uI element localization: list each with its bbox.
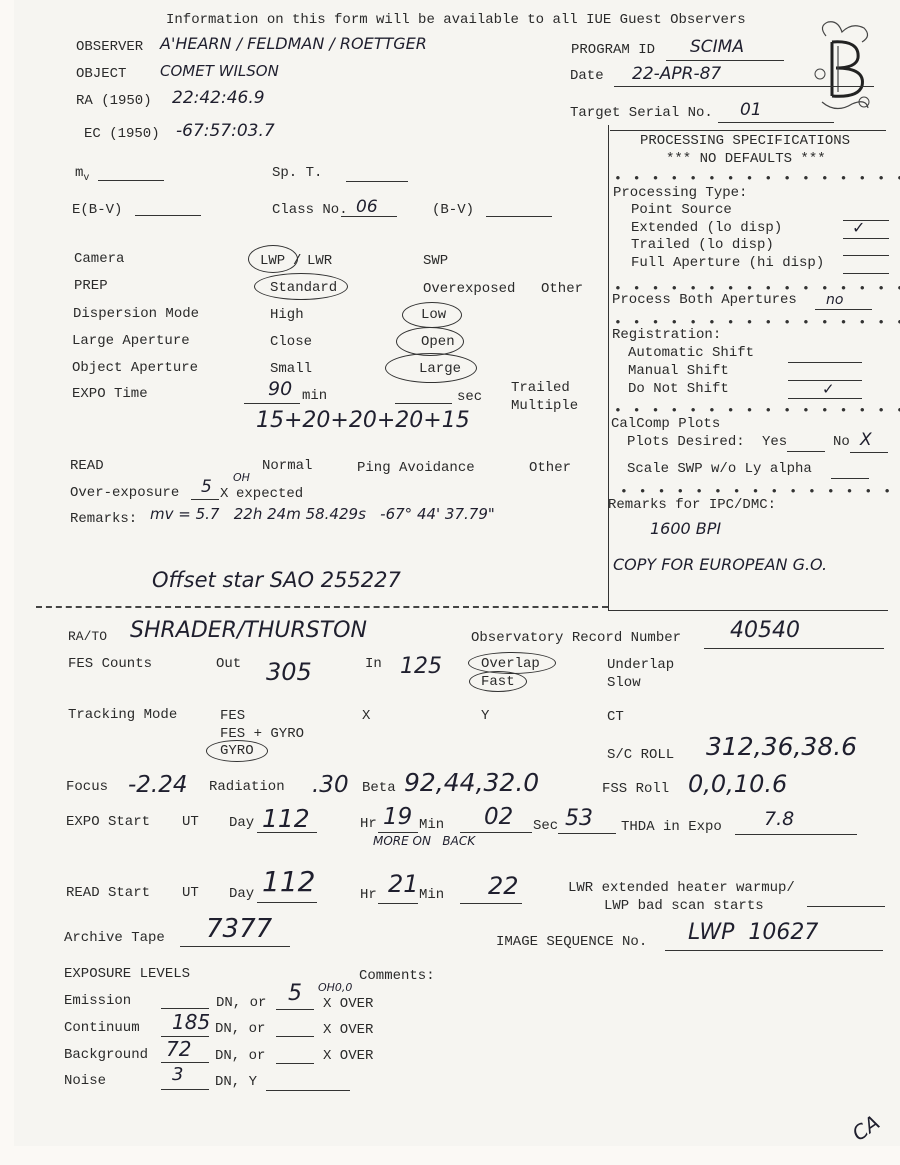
emission-over-line bbox=[276, 1009, 314, 1010]
read-option-other[interactable]: Other bbox=[529, 461, 571, 475]
full-aperture-line bbox=[843, 273, 889, 274]
ipc-remarks-line1[interactable]: 1600 BPI bbox=[650, 521, 721, 537]
tracking-mode-label: Tracking Mode bbox=[68, 708, 177, 722]
read-start-hr-label: Hr bbox=[360, 888, 377, 902]
tracking-x-label: X bbox=[362, 709, 370, 723]
fes-in-value[interactable]: 125 bbox=[400, 656, 442, 678]
exposure-comments-label: Comments: bbox=[359, 969, 435, 983]
processing-box-bottom bbox=[608, 610, 888, 611]
record-number-label: Observatory Record Number bbox=[471, 631, 681, 645]
multiple-label: Multiple bbox=[511, 399, 578, 413]
read-start-hr-line bbox=[378, 903, 418, 904]
noise-dn-y: DN, Y bbox=[215, 1075, 257, 1089]
radiation-value[interactable]: .30 bbox=[312, 774, 349, 797]
continuum-over-line[interactable] bbox=[276, 1036, 314, 1037]
emission-dn-line[interactable] bbox=[161, 1008, 209, 1009]
do-not-shift-check-icon[interactable]: ✓ bbox=[822, 382, 835, 397]
background-dn-line bbox=[161, 1062, 209, 1063]
class-no-line bbox=[341, 216, 397, 217]
section-divider bbox=[36, 606, 608, 608]
read-start-day-value[interactable]: 112 bbox=[262, 868, 315, 896]
read-option-normal[interactable]: Normal bbox=[262, 459, 312, 473]
program-id-label: PROGRAM ID bbox=[571, 43, 655, 57]
tracking-option-fes-gyro[interactable]: FES + GYRO bbox=[220, 727, 304, 741]
lwr-heater-line1: LWR extended heater warmup/ bbox=[568, 881, 795, 895]
camera-separator: / bbox=[293, 254, 301, 268]
expo-start-note: MORE ON BACK bbox=[373, 835, 475, 847]
fes-counts-label: FES Counts bbox=[68, 657, 152, 671]
camera-option-swp[interactable]: SWP bbox=[423, 254, 448, 268]
prep-selected-circle bbox=[254, 273, 348, 300]
both-apertures-value[interactable]: no bbox=[826, 293, 843, 307]
continuum-x-over: X OVER bbox=[323, 1023, 373, 1037]
read-start-min-value[interactable]: 22 bbox=[488, 874, 519, 898]
dec-value[interactable]: -67:57:03.7 bbox=[176, 123, 275, 140]
read-start-min-label: Min bbox=[419, 888, 444, 902]
mv-label: mv bbox=[75, 166, 89, 184]
dispersion-selected-circle bbox=[402, 302, 462, 328]
expo-start-day-line bbox=[257, 832, 317, 833]
fes-out-label: Out bbox=[216, 657, 241, 671]
processing-type-full-aperture[interactable]: Full Aperture (hi disp) bbox=[631, 256, 824, 270]
expo-time-sec-label: sec bbox=[457, 390, 482, 404]
camera-label: Camera bbox=[74, 252, 124, 266]
read-start-min-line bbox=[460, 903, 522, 904]
processing-type-label: Processing Type: bbox=[613, 186, 747, 200]
processing-box-top bbox=[610, 130, 886, 131]
large-aperture-option-close[interactable]: Close bbox=[270, 335, 312, 349]
overexposure-expected: expected bbox=[236, 487, 303, 501]
noise-dn-line bbox=[161, 1089, 209, 1090]
emission-over-value[interactable]: 5 bbox=[288, 983, 302, 1005]
plots-yes-line bbox=[787, 451, 825, 452]
beta-value[interactable]: 92,44,32.0 bbox=[404, 770, 539, 795]
noise-y-line[interactable] bbox=[266, 1090, 350, 1091]
beta-label: Beta bbox=[362, 781, 396, 795]
expo-start-min-label: Min bbox=[419, 818, 444, 832]
program-id-line bbox=[666, 60, 784, 61]
read-start-day-line bbox=[257, 902, 317, 903]
bv-label: (B-V) bbox=[432, 203, 474, 217]
both-apertures-line bbox=[815, 309, 872, 310]
fss-roll-label: FSS Roll bbox=[602, 782, 669, 796]
overexposure-note: OH bbox=[233, 472, 250, 483]
expo-start-day-value[interactable]: 112 bbox=[262, 806, 310, 831]
registration-do-not-shift[interactable]: Do Not Shift bbox=[628, 382, 729, 396]
observer-label: OBSERVER bbox=[76, 40, 143, 54]
read-start-day-label: Day bbox=[229, 887, 254, 901]
emission-label: Emission bbox=[64, 994, 131, 1008]
ipc-remarks-line2[interactable]: COPY FOR EUROPEAN G.O. bbox=[613, 557, 827, 573]
both-apertures-label: Process Both Apertures bbox=[612, 293, 797, 307]
background-dn-value[interactable]: 72 bbox=[166, 1039, 191, 1059]
processing-title: PROCESSING SPECIFICATIONS bbox=[640, 134, 850, 148]
background-x-over: X OVER bbox=[323, 1049, 373, 1063]
overexposure-line bbox=[191, 499, 219, 500]
fes-in-label: In bbox=[365, 657, 382, 671]
tracking-y-label: Y bbox=[481, 709, 489, 723]
registration-manual[interactable]: Manual Shift bbox=[628, 364, 729, 378]
focus-value[interactable]: -2.24 bbox=[128, 774, 188, 797]
class-no-value[interactable]: 06 bbox=[356, 199, 378, 216]
archive-tape-label: Archive Tape bbox=[64, 931, 165, 945]
thda-value[interactable]: 7.8 bbox=[764, 810, 794, 829]
decorative-b-logo-icon bbox=[812, 16, 876, 116]
lwr-heater-line2: LWP bad scan starts bbox=[604, 899, 764, 913]
sp-t-line[interactable] bbox=[346, 181, 408, 182]
expo-start-hr-label: Hr bbox=[360, 817, 377, 831]
expo-start-hr-line bbox=[378, 832, 418, 833]
bv-line[interactable] bbox=[486, 216, 552, 217]
sc-roll-label: S/C ROLL bbox=[607, 748, 674, 762]
expo-time-sec-line[interactable] bbox=[395, 403, 452, 404]
read-option-ping-avoidance[interactable]: Ping Avoidance bbox=[357, 461, 475, 475]
remarks-value[interactable]: mv = 5.7 22h 24m 58.429s -67° 44' 37.79" bbox=[150, 507, 495, 522]
image-sequence-label: IMAGE SEQUENCE No. bbox=[496, 935, 647, 949]
processing-type-point-source[interactable]: Point Source bbox=[631, 203, 732, 217]
read-label: READ bbox=[70, 459, 104, 473]
thda-line bbox=[735, 834, 857, 835]
lwr-heater-line[interactable] bbox=[807, 906, 885, 907]
remarks-label: Remarks: bbox=[70, 512, 137, 526]
prep-option-overexposed[interactable]: Overexposed bbox=[423, 282, 515, 296]
radiation-label: Radiation bbox=[209, 780, 285, 794]
fes-option-slow[interactable]: Slow bbox=[607, 676, 641, 690]
emission-x-over: X OVER bbox=[323, 997, 373, 1011]
background-dn-or: DN, or bbox=[215, 1049, 265, 1063]
image-sequence-line bbox=[665, 950, 883, 951]
program-id-value[interactable]: SCIMA bbox=[690, 39, 744, 56]
fast-selected-circle bbox=[469, 671, 527, 692]
calcomp-label: CalComp Plots bbox=[611, 417, 720, 431]
scale-swp-label: Scale SWP w/o Ly alpha bbox=[627, 462, 812, 476]
expo-start-min-line bbox=[460, 832, 532, 833]
processing-type-extended[interactable]: Extended (lo disp) bbox=[631, 221, 782, 235]
offset-star-note: Offset star SAO 255227 bbox=[152, 570, 401, 591]
noise-dn-value[interactable]: 3 bbox=[172, 1066, 183, 1084]
observer-value[interactable]: A'HEARN / FELDMAN / ROETTGER bbox=[160, 36, 427, 52]
overexposure-label: Over-exposure bbox=[70, 486, 179, 500]
processing-box-left bbox=[608, 125, 609, 611]
prep-option-other[interactable]: Other bbox=[541, 282, 583, 296]
plots-no-line bbox=[850, 452, 888, 453]
divider-dots: •••••••••••••••••••• bbox=[614, 172, 900, 185]
dec-label: EC (1950) bbox=[84, 127, 160, 141]
trailed-label: Trailed bbox=[511, 381, 570, 395]
record-number-line bbox=[704, 648, 884, 649]
thda-label: THDA in Expo bbox=[621, 820, 722, 834]
expo-start-label: EXPO Start bbox=[66, 815, 150, 829]
continuum-label: Continuum bbox=[64, 1021, 140, 1035]
trailed-line bbox=[843, 255, 889, 256]
ebv-line[interactable] bbox=[135, 215, 201, 216]
archive-tape-value[interactable]: 7377 bbox=[206, 916, 272, 942]
expo-time-min-line bbox=[244, 403, 300, 404]
camera-option-lwr[interactable]: LWR bbox=[307, 254, 332, 268]
expo-start-ut: UT bbox=[182, 815, 199, 829]
camera-selected-circle bbox=[248, 245, 298, 273]
expo-time-min-label: min bbox=[302, 389, 327, 403]
plots-desired-label: Plots Desired: bbox=[627, 435, 745, 449]
overlap-selected-circle bbox=[468, 652, 556, 674]
read-start-label: READ Start bbox=[66, 886, 150, 900]
overexposure-x: X bbox=[220, 487, 228, 501]
noise-label: Noise bbox=[64, 1074, 106, 1088]
form-notice: Information on this form will be availab… bbox=[166, 13, 746, 27]
emission-note: OH0,0 bbox=[318, 982, 352, 993]
ra-to-value[interactable]: SHRADER/THURSTON bbox=[130, 620, 367, 642]
object-label: OBJECT bbox=[76, 67, 126, 81]
extended-check-icon[interactable]: ✓ bbox=[852, 220, 865, 236]
fes-out-value[interactable]: 305 bbox=[266, 660, 312, 684]
object-aperture-selected-circle bbox=[385, 353, 477, 383]
emission-dn-or: DN, or bbox=[216, 996, 266, 1010]
read-start-hr-value[interactable]: 21 bbox=[388, 872, 419, 896]
sp-t-label: Sp. T. bbox=[272, 166, 322, 180]
dispersion-label: Dispersion Mode bbox=[73, 307, 199, 321]
prep-label: PREP bbox=[74, 279, 108, 293]
focus-label: Focus bbox=[66, 780, 108, 794]
ra-label: RA (1950) bbox=[76, 94, 152, 108]
expo-start-hr-value[interactable]: 19 bbox=[383, 806, 412, 829]
processing-subtitle: *** NO DEFAULTS *** bbox=[666, 152, 826, 166]
ra-value[interactable]: 22:42:46.9 bbox=[172, 90, 265, 107]
automatic-line bbox=[788, 362, 862, 363]
expo-time-min-value[interactable]: 90 bbox=[268, 380, 292, 399]
large-aperture-selected-circle bbox=[396, 327, 464, 356]
sc-roll-value[interactable]: 312,36,38.6 bbox=[706, 734, 857, 759]
plots-no-label[interactable]: No bbox=[833, 435, 850, 449]
registration-automatic[interactable]: Automatic Shift bbox=[628, 346, 754, 360]
continuum-dn-value[interactable]: 185 bbox=[172, 1012, 210, 1032]
expo-start-min-value[interactable]: 02 bbox=[484, 806, 513, 829]
object-value[interactable]: COMET WILSON bbox=[160, 64, 279, 79]
gyro-selected-circle bbox=[206, 740, 268, 762]
large-aperture-label: Large Aperture bbox=[72, 334, 190, 348]
tracking-ct-label: CT bbox=[607, 710, 624, 724]
registration-label: Registration: bbox=[612, 328, 721, 342]
date-label: Date bbox=[570, 69, 604, 83]
read-start-ut: UT bbox=[182, 886, 199, 900]
scale-swp-line[interactable] bbox=[831, 478, 869, 479]
ipc-remarks-label: Remarks for IPC/DMC: bbox=[608, 498, 776, 512]
target-serial-value[interactable]: 01 bbox=[740, 102, 762, 119]
expo-start-sec-value[interactable]: 53 bbox=[565, 808, 593, 830]
expo-time-label: EXPO Time bbox=[72, 387, 148, 401]
do-not-shift-line bbox=[788, 398, 862, 399]
image-sequence-value[interactable]: LWP 10627 bbox=[688, 922, 818, 944]
object-aperture-label: Object Aperture bbox=[72, 361, 198, 375]
tracking-option-fes[interactable]: FES bbox=[220, 709, 245, 723]
record-number-value[interactable]: 40540 bbox=[730, 620, 800, 642]
extended-line bbox=[843, 238, 889, 239]
fes-option-underlap[interactable]: Underlap bbox=[607, 658, 674, 672]
target-serial-label: Target Serial No. bbox=[570, 106, 713, 120]
plots-no-mark[interactable]: X bbox=[860, 432, 872, 449]
archive-tape-line bbox=[180, 946, 290, 947]
processing-type-trailed[interactable]: Trailed (lo disp) bbox=[631, 238, 774, 252]
plots-yes-label[interactable]: Yes bbox=[762, 435, 787, 449]
point-source-line bbox=[843, 220, 889, 221]
fss-roll-value[interactable]: 0,0,10.6 bbox=[688, 772, 787, 796]
ebv-label: E(B-V) bbox=[72, 203, 122, 217]
object-aperture-option-small[interactable]: Small bbox=[270, 362, 312, 376]
expo-start-sec-label: Sec bbox=[533, 819, 558, 833]
background-label: Background bbox=[64, 1048, 148, 1062]
expo-start-day-label: Day bbox=[229, 816, 254, 830]
mv-line[interactable] bbox=[98, 180, 164, 181]
target-serial-line bbox=[718, 122, 834, 123]
expo-time-breakdown: 15+20+20+20+15 bbox=[256, 410, 470, 432]
overexposure-value[interactable]: 5 bbox=[201, 479, 212, 496]
date-value[interactable]: 22-APR-87 bbox=[632, 66, 721, 83]
class-no-label: Class No. bbox=[272, 203, 348, 217]
ra-to-label: RA/TO bbox=[68, 630, 107, 643]
expo-start-sec-line bbox=[558, 833, 616, 834]
background-over-line[interactable] bbox=[276, 1063, 314, 1064]
continuum-dn-or: DN, or bbox=[215, 1022, 265, 1036]
date-line bbox=[614, 86, 874, 87]
dispersion-option-high[interactable]: High bbox=[270, 308, 304, 322]
exposure-levels-title: EXPOSURE LEVELS bbox=[64, 967, 190, 981]
